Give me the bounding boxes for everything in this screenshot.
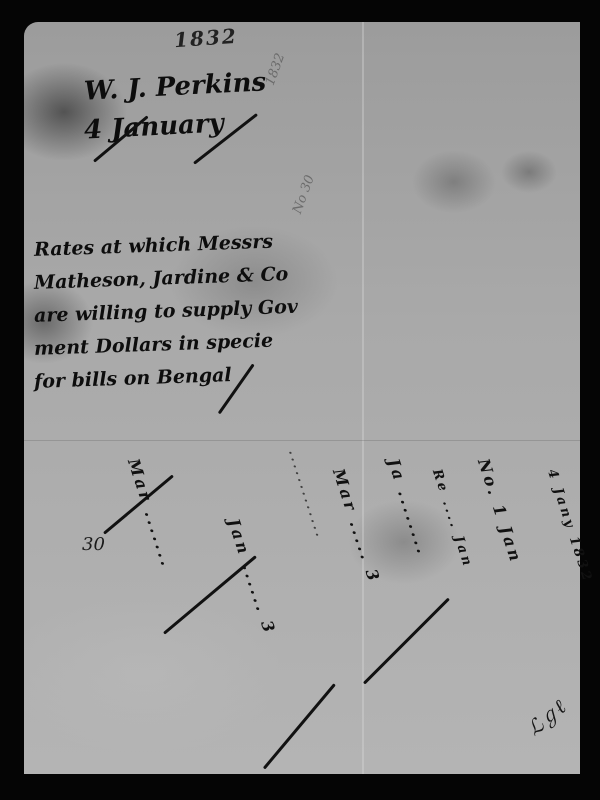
column-flourish (263, 683, 336, 769)
vertical-column: ............. (286, 448, 328, 541)
horizontal-fold-line (24, 440, 580, 441)
vertical-column: Ja ........ (384, 456, 433, 558)
margin-number: 30 (82, 534, 105, 555)
pencil-note: 1832 (263, 51, 288, 87)
document-page: 1832 W. J. Perkins 4 January 1832 No 30 … (24, 22, 580, 774)
body-text: Rates at which Messrs Matheson, Jardine … (34, 228, 374, 393)
vertical-column: Mar ....... (124, 456, 177, 570)
column-flourish (163, 555, 257, 634)
signature: ℒℊℓ (520, 692, 571, 742)
vertical-column: Mar ..... 3 (329, 466, 384, 586)
pencil-note: No 30 (290, 173, 318, 216)
vertical-column: 4 Jany 1832 (544, 467, 595, 585)
header-name: W. J. Perkins (83, 67, 266, 106)
vertical-column: No. 1 Jan (474, 456, 526, 566)
vertical-column: Re .... Jan (429, 467, 475, 570)
column-flourish (363, 598, 450, 685)
vertical-fold-line (362, 22, 364, 774)
header-date: 4 January (83, 108, 224, 145)
header-year: 1832 (173, 24, 238, 52)
